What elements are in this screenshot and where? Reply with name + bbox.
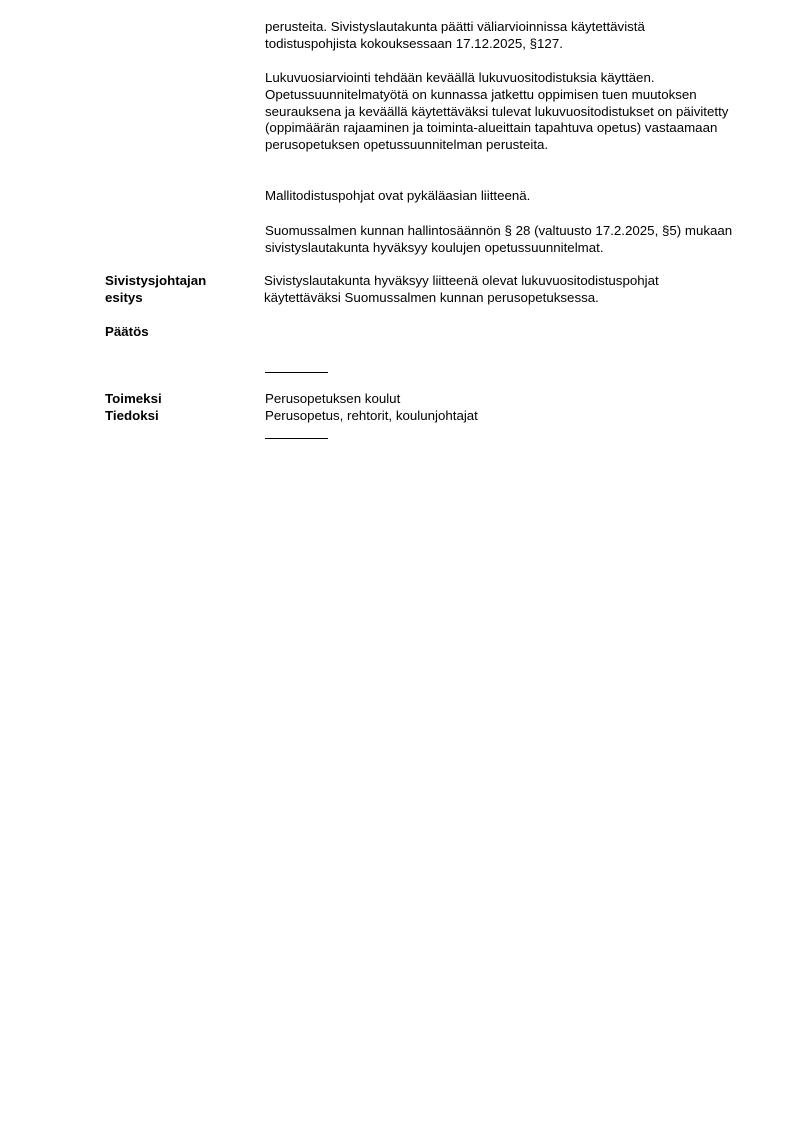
proposal-label-line2: esitys [105,290,206,307]
decision-label: Päätös [105,324,149,341]
proposal-label: Sivistysjohtajan esitys [105,273,206,307]
toimeksi-label: Toimeksi [105,391,162,408]
separator-line [265,438,328,439]
paragraph-perusteita: perusteita. Sivistyslautakunta päätti vä… [265,19,735,53]
paragraph-hallintosaanto: Suomussalmen kunnan hallintosäännön § 28… [265,223,735,257]
paragraph-text: perusteita. Sivistyslautakunta päätti vä… [265,19,645,51]
tiedoksi-value: Perusopetus, rehtorit, koulunjohtajat [265,408,735,425]
separator-line [265,372,328,373]
paragraph-text: Lukuvuosiarviointi tehdään keväällä luku… [265,70,728,152]
paragraph-text: Mallitodistuspohjat ovat pykäläasian lii… [265,188,530,203]
paragraph-mallitodistuspohjat: Mallitodistuspohjat ovat pykäläasian lii… [265,188,735,205]
paragraph-lukuvuosiarviointi: Lukuvuosiarviointi tehdään keväällä luku… [265,70,735,154]
paragraph-text: Suomussalmen kunnan hallintosäännön § 28… [265,223,732,255]
proposal-label-line1: Sivistysjohtajan [105,273,206,290]
proposal-text: Sivistyslautakunta hyväksyy liitteenä ol… [264,273,734,307]
toimeksi-value: Perusopetuksen koulut [265,391,735,408]
tiedoksi-label: Tiedoksi [105,408,159,425]
